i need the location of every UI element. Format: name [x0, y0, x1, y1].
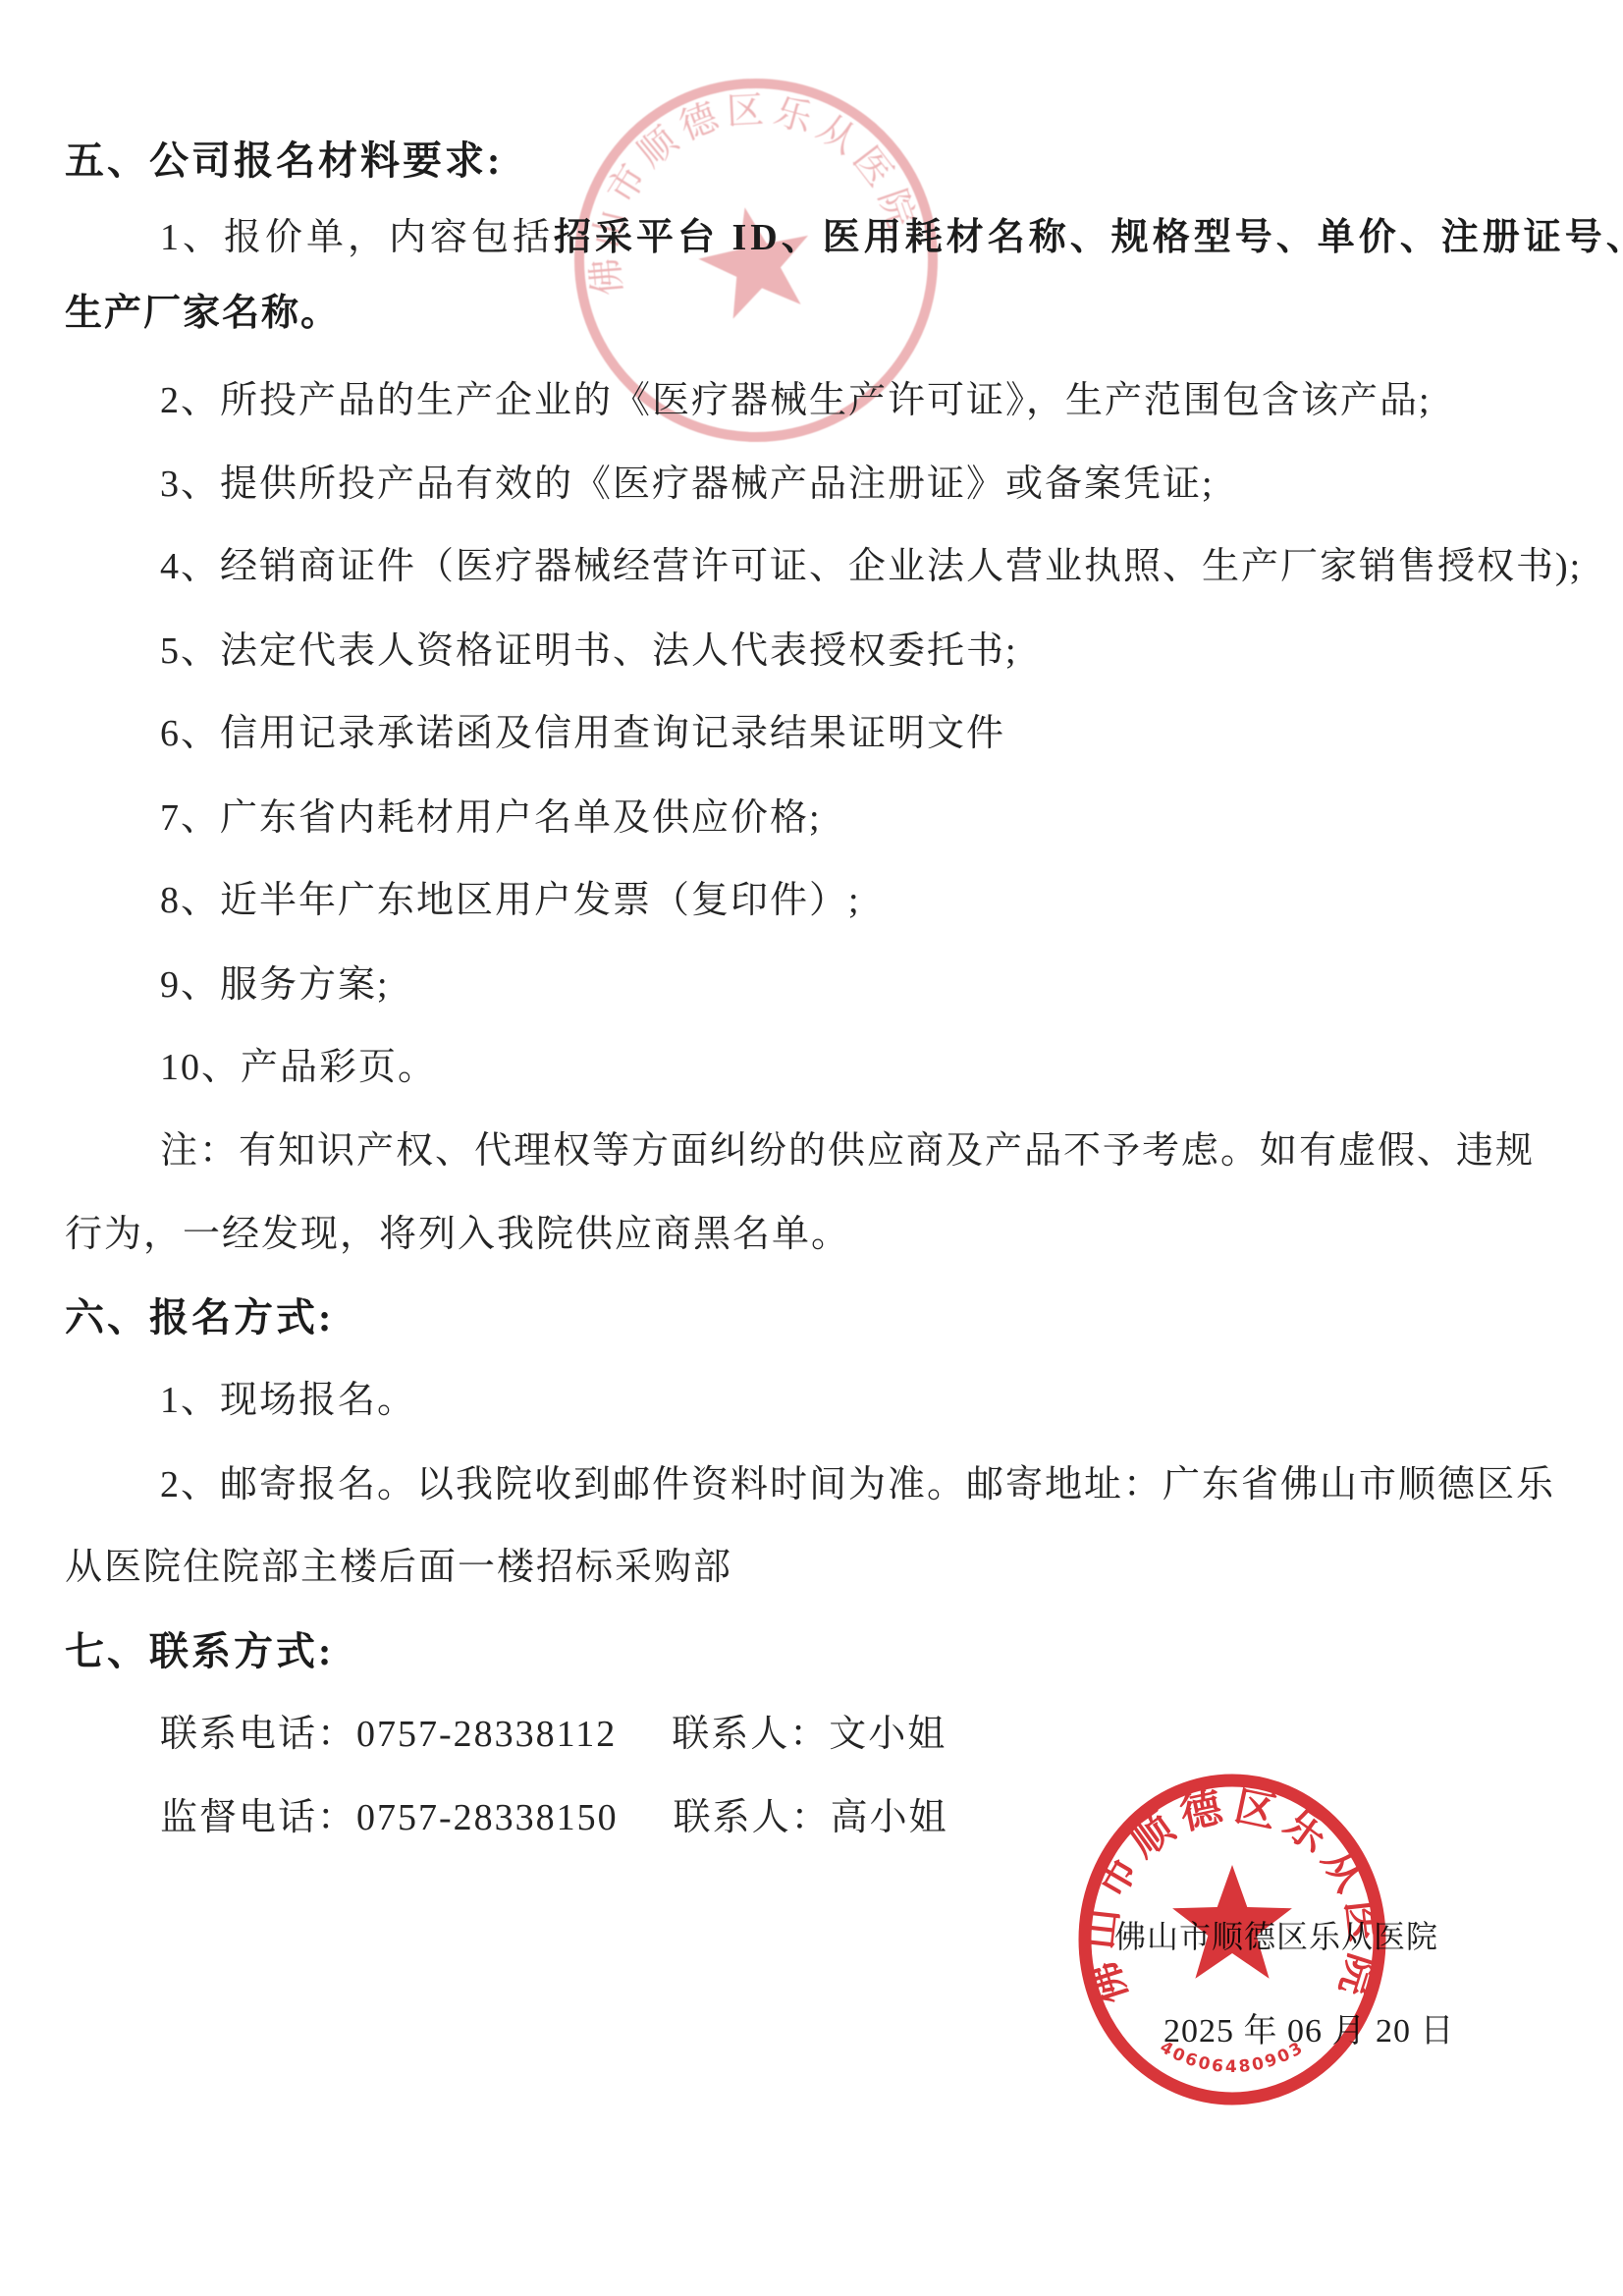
- method-1-line: 1、现场报名。: [160, 1377, 416, 1424]
- contact-line-2: 监督电话：0757-28338150联系人：高小姐: [160, 1794, 948, 1841]
- contact-1-person: 联系人：文小姐: [672, 1711, 947, 1758]
- item-7-line: 7、广东省内耗材用户名单及供应价格;: [160, 794, 822, 842]
- contact-line-1: 联系电话：0757-28338112联系人：文小姐: [160, 1711, 947, 1758]
- section-6-heading: 六、报名方式:: [65, 1294, 334, 1341]
- item-1-line: 1、报价单，内容包括招采平台 ID、医用耗材名称、规格型号、单价、注册证号、: [160, 214, 1623, 261]
- method-2-continuation: 从医院住院部主楼后面一楼招标采购部: [65, 1544, 732, 1591]
- item-2-line: 2、所投产品的生产企业的《医疗器械生产许可证》，生产范围包含该产品;: [160, 377, 1432, 424]
- item-5-line: 5、法定代表人资格证明书、法人代表授权委托书;: [160, 628, 1018, 675]
- section-7-heading: 七、联系方式:: [65, 1628, 334, 1675]
- contact-1-phone: 联系电话：0757-28338112: [160, 1714, 617, 1755]
- item-3-line: 3、提供所投产品有效的《医疗器械产品注册证》或备案凭证;: [160, 461, 1215, 508]
- section-5-heading: 五、公司报名材料要求:: [65, 137, 503, 185]
- scanned-document-page: 佛山市顺德区乐从医院 五、公司报名材料要求: 1、报价单，内容包括招采平台 ID…: [0, 0, 1623, 2296]
- top-seal-arc-text: 佛山市顺德区乐从医院: [560, 64, 925, 302]
- bottom-seal-arc-text: 佛山市顺德区乐从医院: [1077, 1783, 1387, 2009]
- item-1-bold-part: 招采平台 ID、医用耗材名称、规格型号、单价、注册证号、: [554, 217, 1623, 258]
- item-1-prefix: 1、报价单，内容包括: [160, 217, 554, 258]
- signature-org-name: 佛山市顺德区乐从医院: [1114, 1912, 1438, 1957]
- contact-2-phone: 监督电话：0757-28338150: [160, 1797, 619, 1838]
- note-line-1: 注：有知识产权、代理权等方面纠纷的供应商及产品不予考虑。如有虚假、违规: [160, 1127, 1535, 1175]
- item-10-line: 10、产品彩页。: [160, 1044, 437, 1091]
- method-2-line: 2、邮寄报名。以我院收到邮件资料时间为准。邮寄地址：广东省佛山市顺德区乐: [160, 1461, 1555, 1508]
- item-4-line: 4、经销商证件（医疗器械经营许可证、企业法人营业执照、生产厂家销售授权书);: [160, 543, 1582, 590]
- item-6-line: 6、信用记录承诺函及信用查询记录结果证明文件: [160, 710, 1005, 757]
- item-1-continuation: 生产厂家名称。: [65, 290, 340, 337]
- item-9-line: 9、服务方案;: [160, 961, 390, 1009]
- signature-date: 2025 年 06 月 20 日: [1163, 2003, 1455, 2051]
- note-line-2: 行为，一经发现，将列入我院供应商黑名单。: [65, 1211, 850, 1258]
- contact-2-person: 联系人：高小姐: [674, 1794, 948, 1841]
- item-8-line: 8、近半年广东地区用户发票（复印件）;: [160, 877, 861, 924]
